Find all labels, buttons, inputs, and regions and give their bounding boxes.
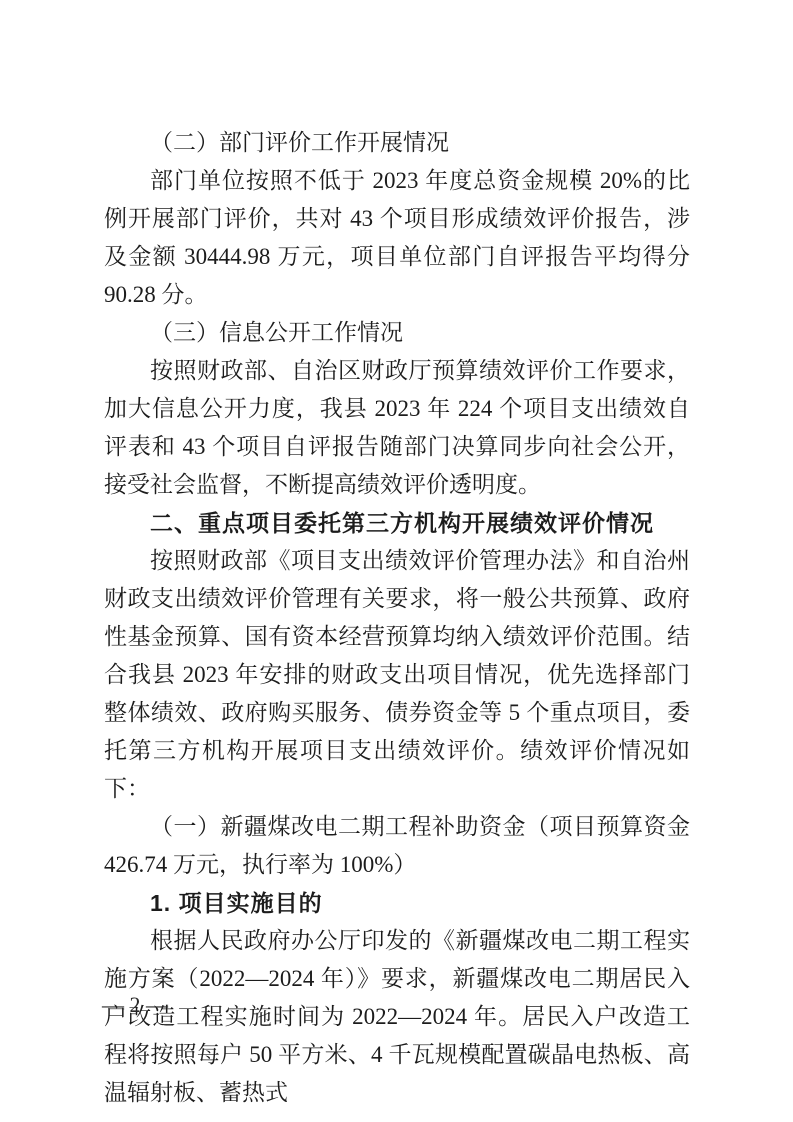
page-number: — 2 —	[102, 992, 168, 1017]
paragraph-project-purpose: 根据人民政府办公厅印发的《新疆煤改电二期工程实施方案（2022—2024 年）》…	[104, 922, 690, 1112]
section-heading-key-projects: 二、重点项目委托第三方机构开展绩效评价情况	[104, 504, 690, 542]
paragraph-dept-evaluation: 部门单位按照不低于 2023 年度总资金规模 20%的比例开展部门评价，共对 4…	[104, 162, 690, 314]
paragraph-key-projects: 按照财政部《项目支出绩效评价管理办法》和自治州财政支出绩效评价管理有关要求，将一…	[104, 542, 690, 808]
subheading-project-purpose: 1. 项目实施目的	[104, 884, 690, 922]
subsection-heading-dept-evaluation: （二）部门评价工作开展情况	[104, 124, 690, 162]
subsection-heading-info-disclosure: （三）信息公开工作情况	[104, 314, 690, 352]
subsection-heading-coal-to-electricity: （一）新疆煤改电二期工程补助资金（项目预算资金 426.74 万元，执行率为 1…	[104, 808, 690, 884]
page-footer: — 2 —	[102, 990, 168, 1020]
document-body: （二）部门评价工作开展情况 部门单位按照不低于 2023 年度总资金规模 20%…	[104, 124, 690, 1112]
document-page: （二）部门评价工作开展情况 部门单位按照不低于 2023 年度总资金规模 20%…	[0, 0, 793, 1122]
paragraph-info-disclosure: 按照财政部、自治区财政厅预算绩效评价工作要求，加大信息公开力度，我县 2023 …	[104, 352, 690, 504]
